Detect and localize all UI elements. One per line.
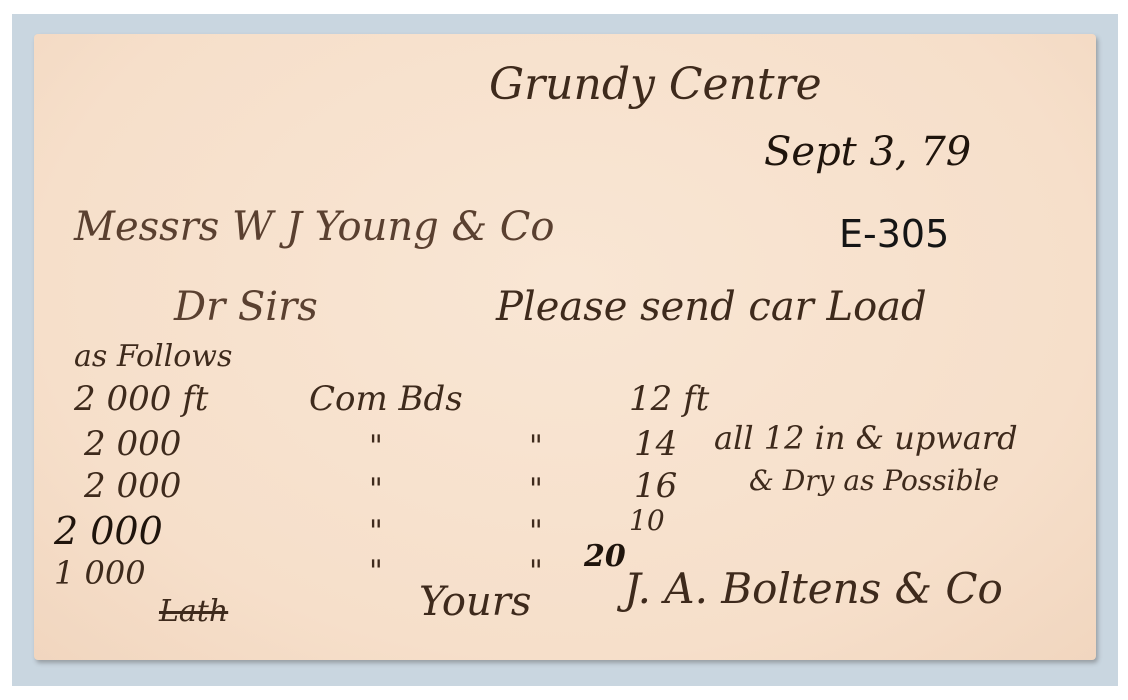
body-line-2: as Follows [74, 339, 232, 374]
place-heading: Grundy Centre [489, 59, 822, 110]
catalog-number: E-305 [839, 212, 949, 256]
addressee: Messrs W J Young & Co [74, 204, 555, 250]
signature: J. A. Boltens & Co [624, 564, 1003, 613]
date-line: Sept 3, 79 [764, 129, 971, 175]
body-line-1: Please send car Load [496, 284, 927, 330]
postal-card: Grundy Centre Sept 3, 79 Messrs W J Youn… [34, 34, 1096, 660]
struck-word: Lath [159, 594, 228, 629]
salutation: Dr Sirs [174, 284, 318, 330]
closing: Yours [419, 579, 531, 625]
